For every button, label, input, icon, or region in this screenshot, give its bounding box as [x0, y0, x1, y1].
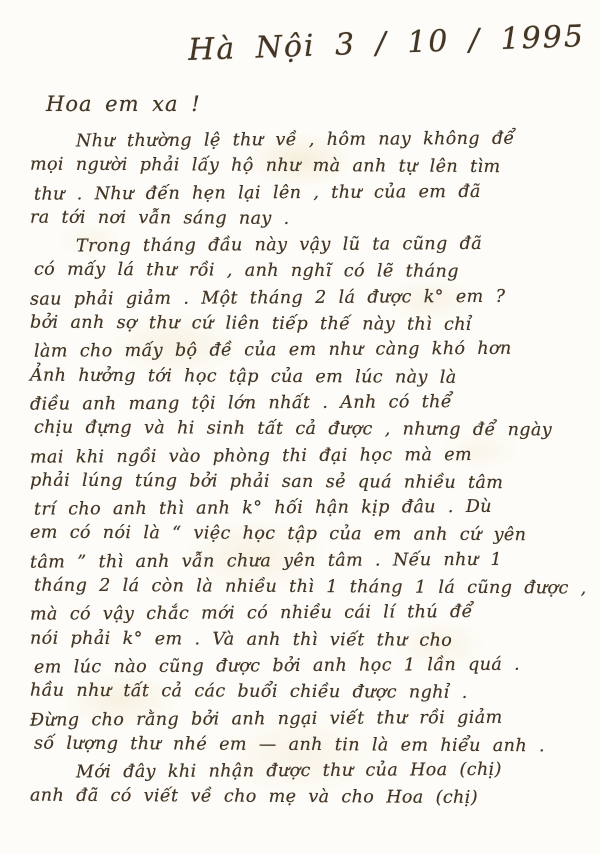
- letter-line: em có nói là “ việc học tập của em anh c…: [30, 520, 575, 549]
- letter-line: em lúc nào cũng được bởi anh học 1 lần q…: [30, 651, 575, 681]
- letter-line: hầu như tất cả các buổi chiều được nghỉ …: [30, 678, 575, 707]
- letter-line: ra tới nơi vẫn sáng nay .: [30, 204, 575, 233]
- letter-line: điều anh mang tội lớn nhất . Anh có thể: [30, 388, 575, 418]
- letter-line: nói phải k° em . Và anh thì viết thư cho: [30, 625, 575, 654]
- letter-line: Mới đây khi nhận được thư của Hoa (chị): [30, 756, 575, 786]
- letter-line: làm cho mấy bộ đề của em như càng khó hơ…: [30, 336, 575, 366]
- letter-line: Ảnh hưởng tới học tập của em lúc này là: [30, 362, 575, 391]
- letter-line: anh đã có viết về cho mẹ và cho Hoa (chị…: [30, 783, 575, 812]
- letter-line: phải lúng túng bởi phải san sẻ quá nhiều…: [30, 467, 575, 496]
- letter-line: thư . Như đến hẹn lại lên , thư của em đ…: [30, 178, 575, 208]
- letter-line: Đừng cho rằng bởi anh ngại viết thư rồi …: [30, 704, 575, 734]
- letter-line: mai khi ngồi vào phòng thi đại học mà em: [30, 441, 575, 471]
- letter-line: mà có vậy chắc mới có nhiều cái lí thú đ…: [30, 599, 575, 629]
- letter-line: tháng 2 lá còn là nhiều thì 1 tháng 1 lá…: [30, 573, 575, 602]
- letter-line: có mấy lá thư rồi , anh nghĩ có lẽ tháng: [30, 257, 575, 286]
- letter-line: chịu đựng và hi sinh tất cả được , nhưng…: [30, 415, 575, 444]
- letter-line: Trong tháng đầu này vậy lũ ta cũng đã: [30, 231, 575, 261]
- letter-body: Như thường lệ thư về , hôm nay không đểm…: [30, 127, 575, 811]
- letter-line: mọi người phải lấy hộ như mà anh tự lên …: [30, 152, 575, 181]
- letter-line: số lượng thư nhé em — anh tin là em hiểu…: [30, 730, 575, 759]
- letter-line: trí cho anh thì anh k° hối hận kịp đâu .…: [30, 493, 575, 523]
- letter-date: Hà Nội 3 / 10 / 1995: [188, 19, 586, 68]
- letter-page: Hà Nội 3 / 10 / 1995 Hoa em xa ! Như thư…: [0, 0, 600, 854]
- letter-greeting: Hoa em xa !: [46, 92, 201, 116]
- letter-line: Như thường lệ thư về , hôm nay không để: [30, 125, 575, 155]
- letter-line: tâm ” thì anh vẫn chưa yên tâm . Nếu như…: [30, 546, 575, 576]
- letter-line: bởi anh sợ thư cứ liên tiếp thế này thì …: [30, 310, 575, 339]
- letter-line: sau phải giảm . Một tháng 2 lá được k° e…: [30, 283, 575, 313]
